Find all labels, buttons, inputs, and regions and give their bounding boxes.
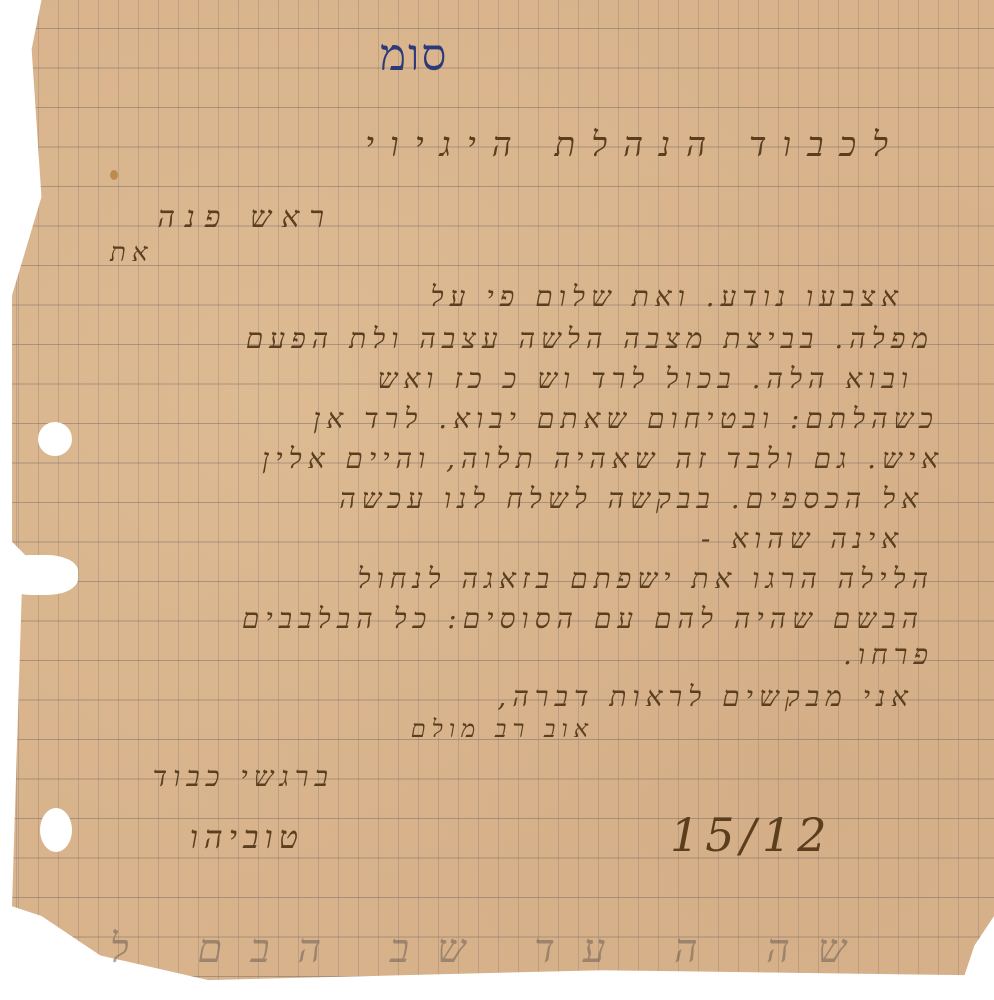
body-line-7: אינה שהוא - <box>701 522 904 556</box>
body-line-5: איש. גם ולבד זה שאהיה תלוה, והיים אלין <box>262 442 944 476</box>
body-line-9: הבשם שהיה להם עם הסוסים: כל הבלבבים <box>242 602 924 636</box>
footer-faint-writing: שה ה עד שב הבם ל <box>110 925 874 972</box>
body-line-3: ובוא הלה. בכול לרד וש כ כז ואש <box>378 362 914 396</box>
punch-hole-bottom <box>40 808 72 852</box>
top-annotation: סומ <box>380 30 448 81</box>
body-line-1: אצבעו נודע. ואת שלום פי על <box>430 280 904 314</box>
salutation-line-2: ראש פנה <box>157 200 334 235</box>
body-line-4: כשהלתם: ובטיחום שאתם יבוא. לרד אן <box>313 402 939 436</box>
punch-hole-top <box>38 422 72 456</box>
salutation-line-1: לכבוד הנהלת היגיוי <box>365 125 904 165</box>
signature: טוביהו <box>190 818 304 856</box>
salutation-line-3: את <box>110 238 153 268</box>
body-line-10: פרחו. <box>843 638 934 672</box>
body-line-8: הלילה הרגו את ישפתם בזאגה לנחול <box>358 562 934 596</box>
body-line-11: אני מבקשים לראות דברה, <box>497 680 914 714</box>
ink-stain <box>110 170 118 180</box>
body-line-12: אוב רב מולם <box>411 715 594 744</box>
letter-date: 15/12 <box>670 808 833 862</box>
punch-hole-middle <box>0 555 78 595</box>
body-line-2: מפלה. בביצת מצבה הלשה עצבה ולת הפעם <box>246 322 934 356</box>
body-line-6: אל הכספים. בבקשה לשלח לנו עכשה <box>339 482 924 516</box>
closing-line: ברגשי כבוד <box>153 760 334 794</box>
